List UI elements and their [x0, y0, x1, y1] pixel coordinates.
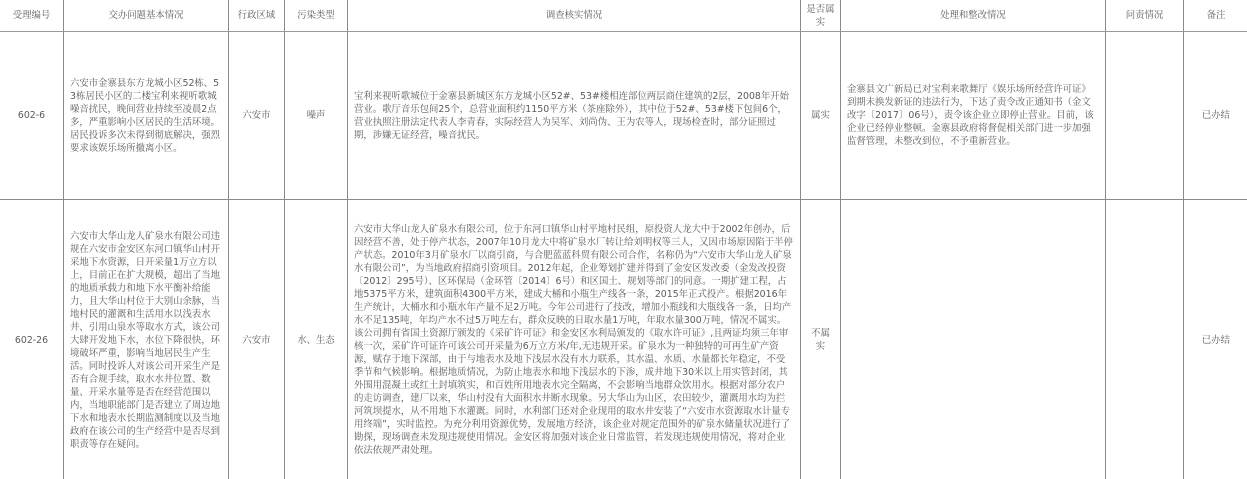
cell-issue: 六安市大华山龙人矿泉水有限公司违规在六安市金安区东河口镇华山村开采地下水资源，日… — [64, 200, 229, 479]
cell-id: 602-26 — [0, 200, 64, 479]
header-handling: 处理和整改情况 — [841, 0, 1106, 32]
cell-region: 六安市 — [229, 32, 285, 200]
header-issue: 交办问题基本情况 — [64, 0, 229, 32]
case-table: 受理编号 交办问题基本情况 行政区域 污染类型 调查核实情况 是否属实 处理和整… — [0, 0, 1247, 479]
cell-handling: 金寨县文广新局已对宝利来歌舞厅《娱乐场所经营许可证》到期未换发新证的违法行为，下… — [841, 32, 1106, 200]
header-pollution-type: 污染类型 — [285, 0, 348, 32]
cell-handling — [841, 200, 1106, 479]
header-investigation: 调查核实情况 — [348, 0, 801, 32]
cell-pollution-type: 噪声 — [285, 32, 348, 200]
cell-investigation: 宝利来视听歌城位于金寨县新城区东方龙城小区52#、53#楼相连部位两层商住建筑的… — [348, 32, 801, 200]
header-row: 受理编号 交办问题基本情况 行政区域 污染类型 调查核实情况 是否属实 处理和整… — [0, 0, 1247, 32]
header-accountability: 问责情况 — [1106, 0, 1184, 32]
cell-remark: 已办结 — [1184, 32, 1247, 200]
header-verified: 是否属实 — [801, 0, 841, 32]
header-remark: 备注 — [1184, 0, 1247, 32]
cell-pollution-type: 水、生态 — [285, 200, 348, 479]
cell-issue: 六安市金寨县东方龙城小区52栋、53栋居民小区的二楼宝利来视听歌城噪音扰民，晚间… — [64, 32, 229, 200]
header-id: 受理编号 — [0, 0, 64, 32]
cell-remark: 已办结 — [1184, 200, 1247, 479]
cell-accountability — [1106, 200, 1184, 479]
table-row: 602-6 六安市金寨县东方龙城小区52栋、53栋居民小区的二楼宝利来视听歌城噪… — [0, 32, 1247, 200]
cell-verified: 不属实 — [801, 200, 841, 479]
table-row: 602-26 六安市大华山龙人矿泉水有限公司违规在六安市金安区东河口镇华山村开采… — [0, 200, 1247, 479]
cell-accountability — [1106, 32, 1184, 200]
cell-verified: 属实 — [801, 32, 841, 200]
cell-investigation: 六安市大华山龙人矿泉水有限公司，位于东河口镇华山村平地村民组，原投资人龙大中于2… — [348, 200, 801, 479]
cell-id: 602-6 — [0, 32, 64, 200]
header-region: 行政区域 — [229, 0, 285, 32]
cell-region: 六安市 — [229, 200, 285, 479]
